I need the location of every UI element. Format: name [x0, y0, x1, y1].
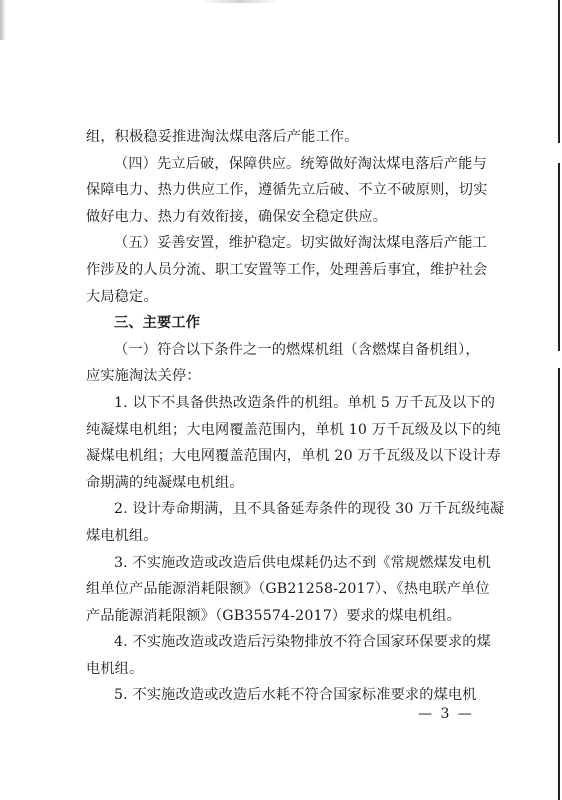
item-1-line: 1. 以下不具备供热改造条件的机组。单机 5 万千瓦及以下的: [86, 390, 476, 417]
document-body: 组，积极稳妥推进淘汰煤电落后产能工作。 （四）先立后破，保障供应。统筹做好淘汰煤…: [86, 124, 476, 709]
body-line: 凝煤电机组；大电网覆盖范围内，单机 20 万千瓦级及以下设计寿: [86, 443, 476, 470]
scan-smudge: [200, 0, 280, 3]
section-five-heading-line: （五）妥善安置，维护稳定。切实做好淘汰煤电落后产能工: [86, 230, 476, 257]
page-right-edge: [558, 368, 560, 800]
section-heading-main-work: 三、主要工作: [86, 310, 476, 337]
body-line: 煤电机组。: [86, 523, 476, 550]
page-number: — 3 —: [418, 704, 474, 724]
body-line: 应实施淘汰关停：: [86, 363, 476, 390]
body-line: 电机组。: [86, 656, 476, 683]
body-line: 组，积极稳妥推进淘汰煤电落后产能工作。: [86, 124, 476, 151]
page-right-edge: [558, 163, 560, 351]
subsection-one-line: （一）符合以下条件之一的燃煤机组（含燃煤自备机组），: [86, 337, 476, 364]
item-2-line: 2. 设计寿命期满，且不具备延寿条件的现役 30 万千瓦级纯凝: [86, 496, 476, 523]
item-3-line: 3. 不实施改造或改造后供电煤耗仍达不到《常规燃煤发电机: [86, 550, 476, 577]
body-line: 保障电力、热力供应工作，遵循先立后破、不立不破原则，切实: [86, 177, 476, 204]
body-line: 做好电力、热力有效衔接，确保安全稳定供应。: [86, 204, 476, 231]
body-line: 产品能源消耗限额》（GB35574-2017）要求的煤电机组。: [86, 603, 476, 630]
page-right-edge: [558, 0, 560, 143]
scan-edge-shadow: [0, 0, 6, 40]
document-page: 组，积极稳妥推进淘汰煤电落后产能工作。 （四）先立后破，保障供应。统筹做好淘汰煤…: [0, 0, 562, 800]
item-4-line: 4. 不实施改造或改造后污染物排放不符合国家环保要求的煤: [86, 629, 476, 656]
body-line: 大局稳定。: [86, 284, 476, 311]
body-line: 命期满的纯凝煤电机组。: [86, 470, 476, 497]
section-four-heading-line: （四）先立后破，保障供应。统筹做好淘汰煤电落后产能与: [86, 151, 476, 178]
body-line: 组单位产品能源消耗限额》（GB21258-2017）、《热电联产单位: [86, 576, 476, 603]
body-line: 纯凝煤电机组；大电网覆盖范围内，单机 10 万千瓦级及以下的纯: [86, 417, 476, 444]
body-line: 作涉及的人员分流、职工安置等工作，处理善后事宜，维护社会: [86, 257, 476, 284]
